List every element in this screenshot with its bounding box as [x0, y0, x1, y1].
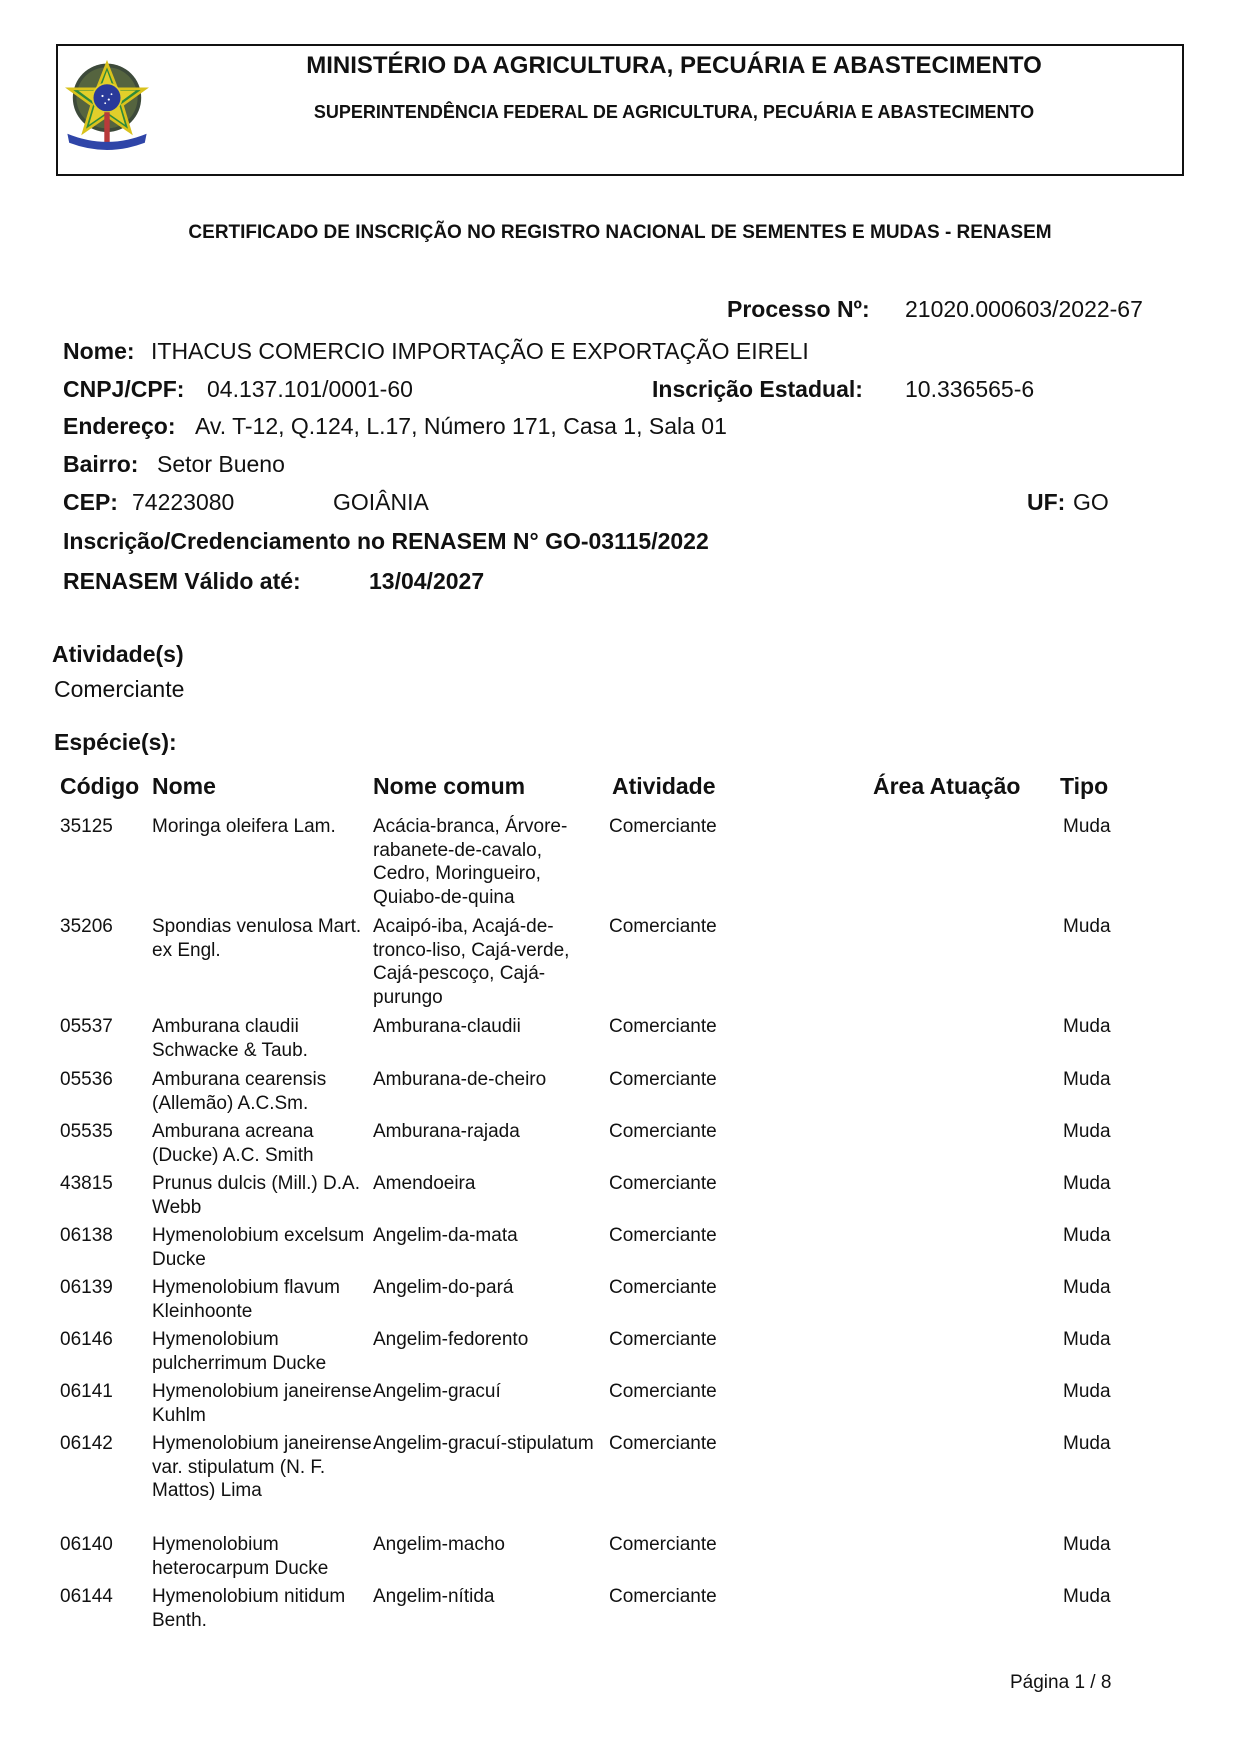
- superintendency-subtitle: SUPERINTENDÊNCIA FEDERAL DE AGRICULTURA,…: [0, 102, 1240, 123]
- uf-label: UF:: [1027, 489, 1065, 516]
- processo-label: Processo Nº:: [727, 296, 870, 323]
- cell-codigo: 35206: [60, 915, 145, 939]
- inscricao-estadual-label: Inscrição Estadual:: [652, 376, 863, 403]
- bairro-label: Bairro:: [63, 451, 138, 478]
- cell-tipo: Muda: [1063, 1015, 1143, 1039]
- cell-atividade: Comerciante: [609, 1432, 789, 1456]
- cell-nome: Amburana acreana (Ducke) A.C. Smith: [152, 1120, 372, 1167]
- cell-comum: Angelim-fedorento: [373, 1328, 603, 1352]
- cell-atividade: Comerciante: [609, 815, 789, 839]
- cell-codigo: 35125: [60, 815, 145, 839]
- cell-comum: Amburana-claudii: [373, 1015, 603, 1039]
- cell-comum: Angelim-nítida: [373, 1585, 603, 1609]
- cell-atividade: Comerciante: [609, 1068, 789, 1092]
- cell-nome: Prunus dulcis (Mill.) D.A. Webb: [152, 1172, 372, 1219]
- bairro-value: Setor Bueno: [157, 451, 285, 478]
- cell-comum: Angelim-gracuí-stipulatum: [373, 1432, 603, 1456]
- column-header-nome: Nome: [152, 773, 216, 800]
- cell-tipo: Muda: [1063, 1068, 1143, 1092]
- cell-atividade: Comerciante: [609, 1276, 789, 1300]
- cell-codigo: 05537: [60, 1015, 145, 1039]
- cell-tipo: Muda: [1063, 1328, 1143, 1352]
- cell-comum: Angelim-do-pará: [373, 1276, 603, 1300]
- cell-tipo: Muda: [1063, 815, 1143, 839]
- cell-comum: Amburana-de-cheiro: [373, 1068, 603, 1092]
- cell-tipo: Muda: [1063, 1224, 1143, 1248]
- cell-codigo: 05536: [60, 1068, 145, 1092]
- cell-nome: Amburana claudii Schwacke & Taub.: [152, 1015, 372, 1062]
- ministry-title: MINISTÉRIO DA AGRICULTURA, PECUÁRIA E AB…: [0, 52, 1240, 80]
- cell-atividade: Comerciante: [609, 1172, 789, 1196]
- cell-comum: Acácia-branca, Árvore-rabanete-de-cavalo…: [373, 815, 603, 909]
- cell-atividade: Comerciante: [609, 1015, 789, 1039]
- cep-label: CEP:: [63, 489, 118, 516]
- column-header-codigo: Código: [60, 773, 139, 800]
- validade-label: RENASEM Válido até:: [63, 568, 301, 595]
- cnpj-value: 04.137.101/0001-60: [207, 376, 413, 403]
- certificate-title: CERTIFICADO DE INSCRIÇÃO NO REGISTRO NAC…: [0, 222, 1240, 244]
- cell-codigo: 43815: [60, 1172, 145, 1196]
- cell-codigo: 06139: [60, 1276, 145, 1300]
- cell-nome: Hymenolobium flavum Kleinhoonte: [152, 1276, 372, 1323]
- atividades-heading: Atividade(s): [52, 641, 184, 668]
- cell-comum: Acaipó-iba, Acajá-de-tronco-liso, Cajá-v…: [373, 915, 603, 1009]
- cell-atividade: Comerciante: [609, 1380, 789, 1404]
- cell-nome: Amburana cearensis (Allemão) A.C.Sm.: [152, 1068, 372, 1115]
- cell-nome: Hymenolobium excelsum Ducke: [152, 1224, 372, 1271]
- cell-atividade: Comerciante: [609, 1120, 789, 1144]
- cell-tipo: Muda: [1063, 1432, 1143, 1456]
- cell-codigo: 06140: [60, 1533, 145, 1557]
- column-header-atividade: Atividade: [612, 773, 716, 800]
- cell-atividade: Comerciante: [609, 915, 789, 939]
- cell-codigo: 06146: [60, 1328, 145, 1352]
- cnpj-label: CNPJ/CPF:: [63, 376, 184, 403]
- cell-nome: Spondias venulosa Mart. ex Engl.: [152, 915, 372, 962]
- cell-nome: Hymenolobium nitidum Benth.: [152, 1585, 372, 1632]
- inscricao-estadual-value: 10.336565-6: [905, 376, 1034, 403]
- validade-value: 13/04/2027: [369, 568, 484, 595]
- cell-codigo: 06141: [60, 1380, 145, 1404]
- cell-atividade: Comerciante: [609, 1224, 789, 1248]
- cell-comum: Amburana-rajada: [373, 1120, 603, 1144]
- renasem-registration: Inscrição/Credenciamento no RENASEM N° G…: [63, 528, 709, 555]
- cell-tipo: Muda: [1063, 1380, 1143, 1404]
- cidade-value: GOIÂNIA: [333, 489, 429, 516]
- cell-atividade: Comerciante: [609, 1328, 789, 1352]
- cell-codigo: 06142: [60, 1432, 145, 1456]
- nome-value: ITHACUS COMERCIO IMPORTAÇÃO E EXPORTAÇÃO…: [151, 338, 809, 365]
- cell-codigo: 06144: [60, 1585, 145, 1609]
- column-header-nome-comum: Nome comum: [373, 773, 525, 800]
- cell-comum: Angelim-gracuí: [373, 1380, 603, 1404]
- cell-tipo: Muda: [1063, 915, 1143, 939]
- column-header-area-atuacao: Área Atuação: [873, 773, 1020, 800]
- cell-tipo: Muda: [1063, 1276, 1143, 1300]
- cell-tipo: Muda: [1063, 1172, 1143, 1196]
- cell-comum: Angelim-da-mata: [373, 1224, 603, 1248]
- cell-atividade: Comerciante: [609, 1533, 789, 1557]
- cell-comum: Angelim-macho: [373, 1533, 603, 1557]
- uf-value: GO: [1073, 489, 1109, 516]
- especies-heading: Espécie(s):: [54, 729, 177, 756]
- page-number: Página 1 / 8: [1010, 1672, 1111, 1694]
- cell-codigo: 06138: [60, 1224, 145, 1248]
- processo-value: 21020.000603/2022-67: [905, 296, 1143, 323]
- column-header-tipo: Tipo: [1060, 773, 1108, 800]
- cell-codigo: 05535: [60, 1120, 145, 1144]
- cell-tipo: Muda: [1063, 1533, 1143, 1557]
- cell-nome: Moringa oleifera Lam.: [152, 815, 372, 839]
- atividades-value: Comerciante: [54, 676, 184, 703]
- cell-tipo: Muda: [1063, 1120, 1143, 1144]
- endereco-value: Av. T-12, Q.124, L.17, Número 171, Casa …: [195, 413, 727, 440]
- cell-nome: Hymenolobium janeirense var. stipulatum …: [152, 1432, 372, 1503]
- cell-atividade: Comerciante: [609, 1585, 789, 1609]
- nome-label: Nome:: [63, 338, 135, 365]
- cell-nome: Hymenolobium heterocarpum Ducke: [152, 1533, 372, 1580]
- cell-comum: Amendoeira: [373, 1172, 603, 1196]
- cell-nome: Hymenolobium janeirense Kuhlm: [152, 1380, 372, 1427]
- cell-tipo: Muda: [1063, 1585, 1143, 1609]
- endereco-label: Endereço:: [63, 413, 175, 440]
- cell-nome: Hymenolobium pulcherrimum Ducke: [152, 1328, 372, 1375]
- cep-value: 74223080: [132, 489, 234, 516]
